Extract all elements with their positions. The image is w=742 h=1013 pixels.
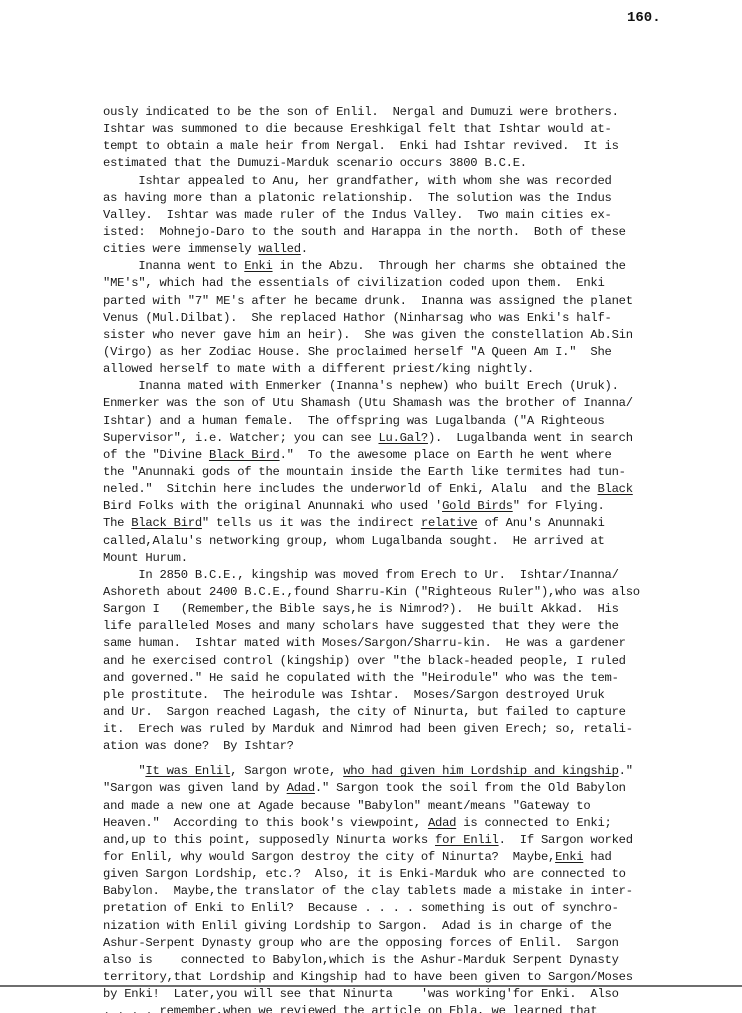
underlined-phrase: Enki — [244, 259, 272, 273]
text-line: . . . . remember,when we reviewed the ar… — [103, 1003, 683, 1013]
text-line: and Ur. Sargon reached Lagash, the city … — [103, 704, 683, 721]
text-line: territory,that Lordship and Kingship had… — [103, 969, 683, 986]
text-line: Inanna went to Enki in the Abzu. Through… — [103, 258, 683, 275]
text-line: Bird Folks with the original Anunnaki wh… — [103, 498, 683, 515]
text-line: also is connected to Babylon,which is th… — [103, 952, 683, 969]
text-line: and he exercised control (kingship) over… — [103, 653, 683, 670]
text-line: Sargon I (Remember,the Bible says,he is … — [103, 601, 683, 618]
text-line: nization with Enlil giving Lordship to S… — [103, 918, 683, 935]
text-line: ously indicated to be the son of Enlil. … — [103, 104, 683, 121]
text-line: ation was done? By Ishtar? — [103, 738, 683, 755]
underlined-phrase: Adad — [428, 816, 456, 830]
text-line: neled." Sitchin here includes the underw… — [103, 481, 683, 498]
text-line: Babylon. Maybe,the translator of the cla… — [103, 883, 683, 900]
underlined-phrase: Black Bird — [131, 516, 202, 530]
underlined-phrase: Adad — [287, 781, 315, 795]
text-line: sister who never gave him an heir). She … — [103, 327, 683, 344]
underlined-phrase: Gold Birds — [442, 499, 513, 513]
text-line: Enmerker was the son of Utu Shamash (Utu… — [103, 395, 683, 412]
text-line: estimated that the Dumuzi-Marduk scenari… — [103, 155, 683, 172]
text-line: Heaven." According to this book's viewpo… — [103, 815, 683, 832]
text-line: tempt to obtain a male heir from Nergal.… — [103, 138, 683, 155]
text-line: isted: Mohnejo-Daro to the south and Har… — [103, 224, 683, 241]
text-line: Ishtar) and a human female. The offsprin… — [103, 413, 683, 430]
text-line: ple prostitute. The heirodule was Ishtar… — [103, 687, 683, 704]
text-line: parted with "7" ME's after he became dru… — [103, 293, 683, 310]
page-bottom-rule — [0, 985, 742, 987]
text-line: "It was Enlil, Sargon wrote, who had giv… — [103, 763, 683, 780]
text-line: Inanna mated with Enmerker (Inanna's nep… — [103, 378, 683, 395]
text-line: and,up to this point, supposedly Ninurta… — [103, 832, 683, 849]
text-line: for Enlil, why would Sargon destroy the … — [103, 849, 683, 866]
text-line: same human. Ishtar mated with Moses/Sarg… — [103, 635, 683, 652]
text-line: Venus (Mul.Dilbat). She replaced Hathor … — [103, 310, 683, 327]
text-line: "Sargon was given land by Adad." Sargon … — [103, 780, 683, 797]
underlined-phrase: Lu.Gal? — [378, 431, 427, 445]
text-line: Mount Hurum. — [103, 550, 683, 567]
underlined-phrase: who had given him Lordship and kingship — [343, 764, 618, 778]
paragraph-gap — [103, 755, 683, 763]
text-line: called,Alalu's networking group, whom Lu… — [103, 533, 683, 550]
text-line: life paralleled Moses and many scholars … — [103, 618, 683, 635]
text-line: it. Erech was ruled by Marduk and Nimrod… — [103, 721, 683, 738]
text-line: and made a new one at Agade because "Bab… — [103, 798, 683, 815]
underlined-phrase: Black — [597, 482, 632, 496]
text-line: as having more than a platonic relations… — [103, 190, 683, 207]
underlined-phrase: relative — [421, 516, 478, 530]
text-line: the "Anunnaki gods of the mountain insid… — [103, 464, 683, 481]
text-line: In 2850 B.C.E., kingship was moved from … — [103, 567, 683, 584]
text-line: Ashoreth about 2400 B.C.E.,found Sharru-… — [103, 584, 683, 601]
underlined-phrase: It was Enlil — [145, 764, 230, 778]
page-number: 160. — [627, 10, 661, 26]
text-line: pretation of Enki to Enlil? Because . . … — [103, 900, 683, 917]
text-line: "ME's", which had the essentials of civi… — [103, 275, 683, 292]
text-line: Ishtar appealed to Anu, her grandfather,… — [103, 173, 683, 190]
underlined-phrase: walled — [258, 242, 300, 256]
text-line: Ishtar was summoned to die because Eresh… — [103, 121, 683, 138]
text-line: Supervisor", i.e. Watcher; you can see L… — [103, 430, 683, 447]
text-line: given Sargon Lordship, etc.? Also, it is… — [103, 866, 683, 883]
text-line: and governed." He said he copulated with… — [103, 670, 683, 687]
text-line: of the "Divine Black Bird." To the aweso… — [103, 447, 683, 464]
underlined-phrase: Enki — [555, 850, 583, 864]
text-line: cities were immensely walled. — [103, 241, 683, 258]
text-line: by Enki! Later,you will see that Ninurta… — [103, 986, 683, 1003]
text-line: (Virgo) as her Zodiac House. She proclai… — [103, 344, 683, 361]
underlined-phrase: Black Bird — [209, 448, 280, 462]
text-line: The Black Bird" tells us it was the indi… — [103, 515, 683, 532]
text-line: allowed herself to mate with a different… — [103, 361, 683, 378]
text-line: Valley. Ishtar was made ruler of the Ind… — [103, 207, 683, 224]
text-line: Ashur-Serpent Dynasty group who are the … — [103, 935, 683, 952]
underlined-phrase: for Enlil — [435, 833, 499, 847]
document-body: ously indicated to be the son of Enlil. … — [103, 104, 683, 1013]
